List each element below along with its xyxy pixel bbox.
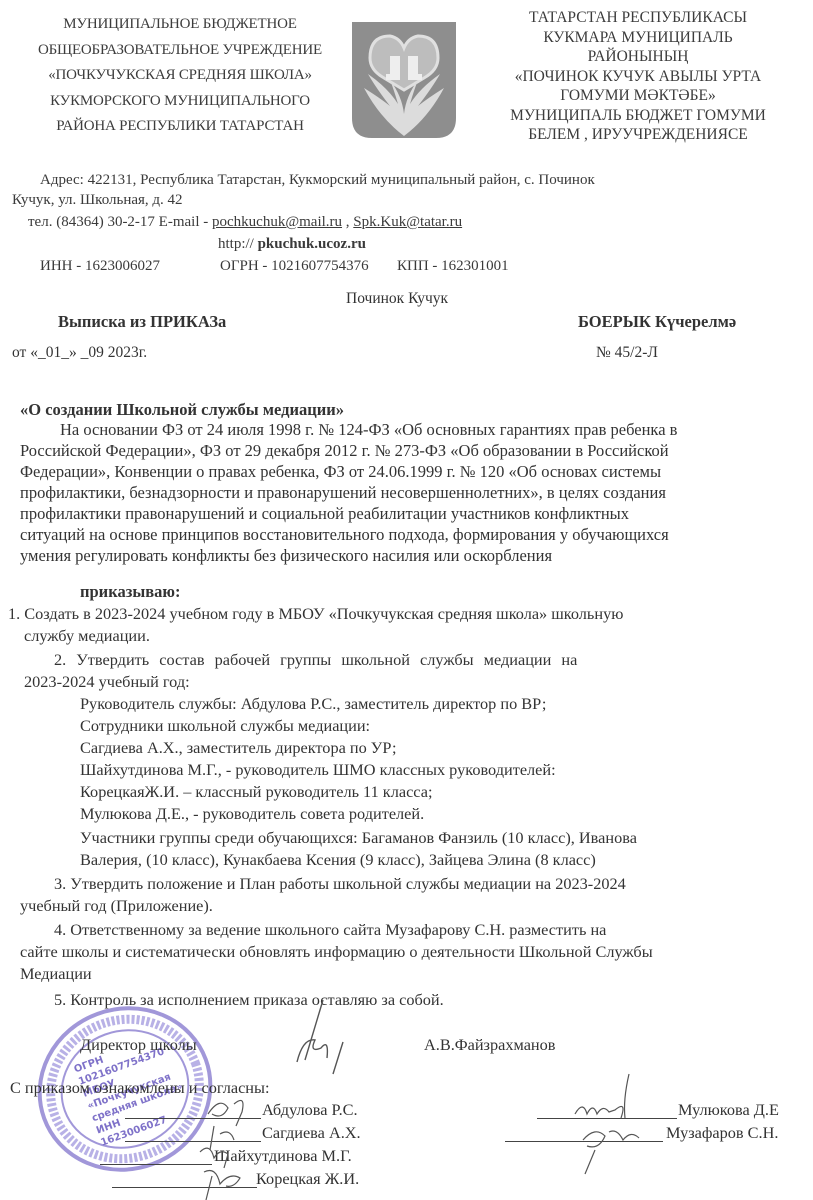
signee-name: Музафаров С.Н. xyxy=(666,1123,778,1143)
handwritten-signatures-left xyxy=(190,1092,270,1200)
signee-name: Абдулова Р.С. xyxy=(262,1100,358,1120)
header-line: БЕЛЕМ , ИРУУЧРЕЖДЕНИЯСЕ xyxy=(478,125,798,145)
order-place: Починок Кучук xyxy=(346,290,448,308)
member-line: Шайхутдинова М.Г., - руководитель ШМО кл… xyxy=(80,760,556,780)
preamble-line: ситуаций на основе принципов восстановит… xyxy=(20,525,669,545)
preamble-line: Российской Федерации», ФЗ от 29 декабря … xyxy=(20,441,669,461)
item-4-line: Медиации xyxy=(20,964,92,984)
item-3-line: 3. Утвердить положение и План работы шко… xyxy=(54,874,626,894)
header-line: «ПОЧКУЧУКСКАЯ СРЕДНЯЯ ШКОЛА» xyxy=(30,63,330,89)
order-title-ru: Выписка из ПРИКАЗа xyxy=(58,312,226,332)
preamble-line: профилактики, безнадзорности и правонару… xyxy=(20,483,666,503)
address-line-2: Кучук, ул. Школьная, д. 42 xyxy=(12,192,183,209)
item-2-line: 2. Утвердить состав рабочей группы школь… xyxy=(54,650,577,670)
director-name: А.В.Файзрахманов xyxy=(424,1035,555,1055)
ogrn: ОГРН - 1021607754376 xyxy=(220,258,369,275)
inn: ИНН - 1623006027 xyxy=(40,258,160,275)
email-link-2[interactable]: Spk.Kuk@tatar.ru xyxy=(353,214,462,230)
member-line: Сагдиева А.Х., заместитель директора по … xyxy=(80,738,397,758)
website-line: http:// pkuchuk.ucoz.ru xyxy=(218,236,366,253)
item-3-line: учебный год (Приложение). xyxy=(20,896,213,916)
header-institution-ru: МУНИЦИПАЛЬНОЕ БЮДЖЕТНОЕ ОБЩЕОБРАЗОВАТЕЛЬ… xyxy=(30,12,330,140)
header-line: ГОМУМИ МӘКТӘБЕ» xyxy=(478,86,798,106)
website-prefix: http:// xyxy=(218,236,258,252)
item-1-line: 1. Создать в 2023-2024 учебном году в МБ… xyxy=(8,604,623,624)
header-line: МУНИЦИПАЛЬНОЕ БЮДЖЕТНОЕ xyxy=(30,12,330,38)
header-institution-tt: ТАТАРСТАН РЕСПУБЛИКАСЫ КУКМАРА МУНИЦИПАЛ… xyxy=(478,8,798,145)
director-signature xyxy=(285,998,355,1078)
order-number: № 45/2-Л xyxy=(596,344,658,362)
member-line: Руководитель службы: Абдулова Р.С., заме… xyxy=(80,694,546,714)
email-separator: , xyxy=(342,214,353,230)
member-line: Валерия, (10 класс), Кунакбаева Ксения (… xyxy=(80,850,596,870)
header-line: ТАТАРСТАН РЕСПУБЛИКАСЫ xyxy=(478,8,798,28)
order-title-tt: БОЕРЫК Күчерелмә xyxy=(578,312,736,332)
header-line: КУКМАРА МУНИЦИПАЛЬ xyxy=(478,28,798,48)
phone-label: тел. (84364) 30-2-17 E-mail - xyxy=(28,214,212,230)
handwritten-signatures-right xyxy=(565,1070,665,1180)
header-line: КУКМОРСКОГО МУНИЦИПАЛЬНОГО xyxy=(30,89,330,115)
preamble-line: Федерации», Конвенции о правах ребенка, … xyxy=(20,462,661,482)
header-line: РАЙОНЫНЫҢ xyxy=(478,47,798,67)
member-line: Мулюкова Д.Е., - руководитель совета род… xyxy=(80,804,424,824)
header-line: МУНИЦИПАЛЬ БЮДЖЕТ ГОМУМИ xyxy=(478,106,798,126)
email-link-1[interactable]: pochkuchuk@mail.ru xyxy=(212,214,342,230)
school-emblem-icon xyxy=(350,18,458,140)
header-line: «ПОЧИНОК КУЧУК АВЫЛЫ УРТА xyxy=(478,67,798,87)
item-1-line: службу медиации. xyxy=(24,626,150,646)
address-line-1: Адрес: 422131, Республика Татарстан, Кук… xyxy=(40,172,595,189)
order-date: от «_01_» _09 2023г. xyxy=(12,344,147,362)
kpp: КПП - 162301001 xyxy=(397,258,509,275)
director-label: Директор школы xyxy=(80,1035,197,1055)
order-word: приказываю: xyxy=(80,582,180,602)
signee-name: Мулюкова Д.Е xyxy=(678,1100,779,1120)
signee-name: Сагдиева А.Х. xyxy=(262,1123,361,1143)
preamble-line: умения регулировать конфликты без физиче… xyxy=(20,546,552,566)
member-line: Сотрудники школьной службы медиации: xyxy=(80,716,370,736)
item-2-line: 2023-2024 учебный год: xyxy=(24,672,190,692)
website-link[interactable]: pkuchuk.ucoz.ru xyxy=(258,236,366,252)
item-4-line: 4. Ответственному за ведение школьного с… xyxy=(54,920,606,940)
member-line: КорецкаяЖ.И. – классный руководитель 11 … xyxy=(80,782,432,802)
member-line: Участники группы среди обучающихся: Бага… xyxy=(80,828,637,848)
contact-line: тел. (84364) 30-2-17 E-mail - pochkuchuk… xyxy=(28,214,462,231)
header-line: РАЙОНА РЕСПУБЛИКИ ТАТАРСТАН xyxy=(30,114,330,140)
header-line: ОБЩЕОБРАЗОВАТЕЛЬНОЕ УЧРЕЖДЕНИЕ xyxy=(30,38,330,64)
order-subject: «О создании Школьной службы медиации» xyxy=(20,400,344,420)
preamble-line: На основании ФЗ от 24 июля 1998 г. № 124… xyxy=(60,420,677,440)
signee-name: Корецкая Ж.И. xyxy=(256,1169,359,1189)
preamble-line: профилактики правонарушений и социальной… xyxy=(20,504,629,524)
item-4-line: сайте школы и систематически обновлять и… xyxy=(20,942,653,962)
